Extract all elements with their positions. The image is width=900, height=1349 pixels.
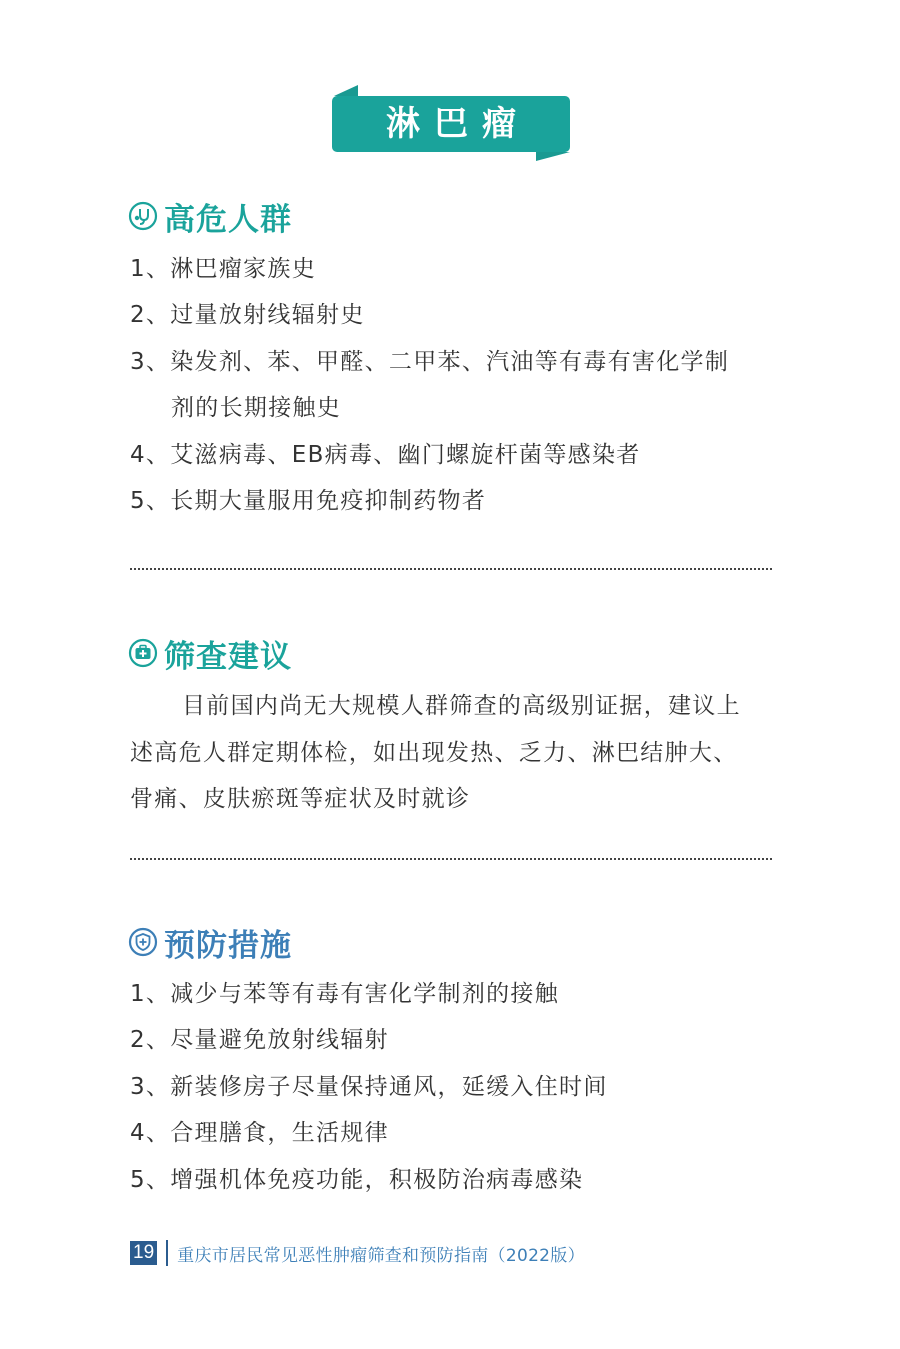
section-header-screening: 筛查建议 [128,631,292,675]
dotted-divider [130,858,772,860]
title-banner: 淋巴瘤 [332,96,570,152]
dotted-divider [130,568,772,570]
section-title: 高危人群 [164,194,292,239]
list-item: 5、长期大量服用免疫抑制药物者 [130,482,486,515]
paragraph-line: 述高危人群定期体检，如出现发热、乏力、淋巴结肿大、 [130,734,738,767]
shield-plus-icon [128,927,158,957]
page-title: 淋巴瘤 [332,96,570,152]
paragraph-line: 骨痛、皮肤瘀斑等症状及时就诊 [130,780,470,813]
list-item: 1、减少与苯等有毒有害化学制剂的接触 [130,975,559,1008]
section-header-high-risk: 高危人群 [128,194,292,238]
paragraph-line: 目前国内尚无大规模人群筛查的高级别证据，建议上 [182,687,741,720]
section-header-prevention: 预防措施 [128,920,292,964]
list-item: 1、淋巴瘤家族史 [130,250,316,283]
banner-fold-left [334,85,358,96]
banner-fold-right [536,152,570,161]
section-title: 筛查建议 [164,631,292,676]
list-item-continuation: 剂的长期接触史 [171,389,341,422]
list-item: 3、染发剂、苯、甲醛、二甲苯、汽油等有毒有害化学制 [130,343,729,376]
list-item: 2、尽量避免放射线辐射 [130,1021,389,1054]
list-item: 2、过量放射线辐射史 [130,296,365,329]
page-footer: 19 重庆市居民常见恶性肿瘤筛查和预防指南（2022版） [130,1240,585,1266]
medical-kit-icon [128,638,158,668]
list-item: 5、增强机体免疫功能，积极防治病毒感染 [130,1161,583,1194]
page-number: 19 [130,1241,157,1265]
list-item: 3、新装修房子尽量保持通风，延缓入住时间 [130,1068,608,1101]
list-item: 4、艾滋病毒、EB病毒、幽门螺旋杆菌等感染者 [130,436,641,469]
section-title: 预防措施 [164,920,292,965]
book-title: 重庆市居民常见恶性肿瘤筛查和预防指南（2022版） [177,1241,585,1266]
footer-separator [166,1240,168,1266]
list-item: 4、合理膳食，生活规律 [130,1114,389,1147]
stethoscope-icon [128,201,158,231]
